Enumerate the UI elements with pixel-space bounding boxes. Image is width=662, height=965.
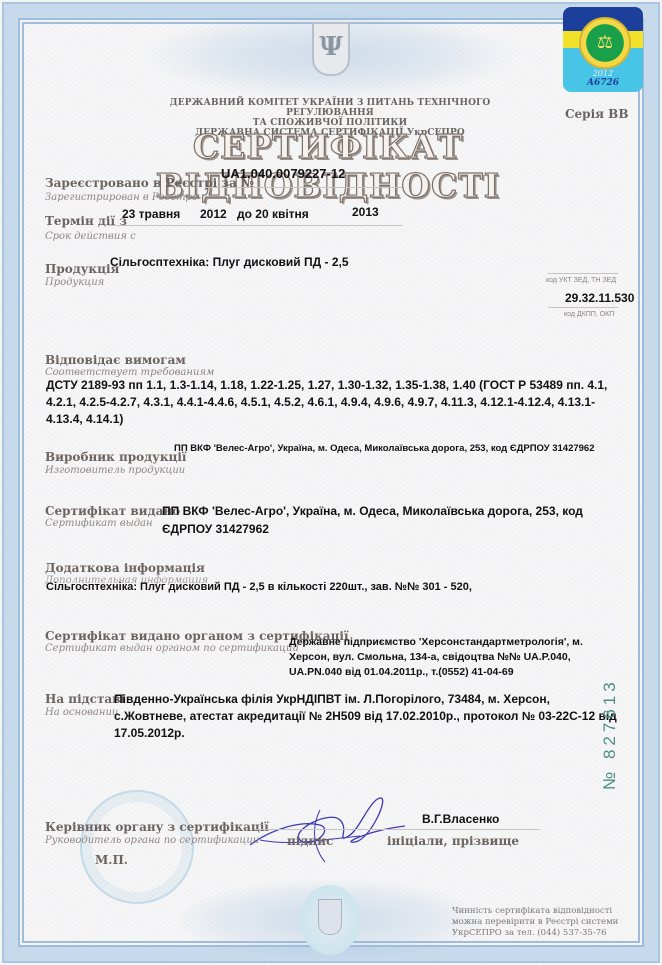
agency-line: ДЕРЖАВНИЙ КОМІТЕТ УКРАЇНИ З ПИТАНЬ ТЕХНІ… xyxy=(140,98,520,118)
issuing-body-label-ru: Сертификат выдан органом по сертификации xyxy=(45,643,299,654)
issued-to-label-ru: Сертификат выдан xyxy=(45,518,153,529)
manufacturer-label: Виробник продукції xyxy=(45,450,186,464)
requirements-text: ДСТУ 2189-93 пп 1.1, 1.3-1.14, 1.18, 1.2… xyxy=(46,377,626,428)
registry-underline xyxy=(205,187,402,188)
head-label-ru: Руководитель органа по сертификации xyxy=(45,835,259,846)
head-label: Керівник органу з сертифікації xyxy=(45,820,269,834)
validity-label-ru: Срок действия с xyxy=(45,231,136,242)
product-label-ru: Продукция xyxy=(45,277,104,288)
official-stamp xyxy=(80,790,194,904)
manufacturer-label-ru: Изготовитель продукции xyxy=(45,465,185,476)
hologram-year: 2012 xyxy=(563,69,643,78)
product-code: 29.32.11.530 xyxy=(565,290,634,306)
additional-info-text: Сільгосптехніка: Плуг дисковий ПД - 2,5 … xyxy=(46,579,472,595)
certificate-page: Ψ ⚖ 2012 A6726 ДЕРЖАВНИЙ КОМІТЕТ УКРАЇНИ… xyxy=(0,0,662,965)
signer-name: В.Г.Власенко xyxy=(422,811,499,827)
manufacturer-text: ПП ВКФ 'Велес-Агро', Україна, м. Одеса, … xyxy=(174,441,595,457)
verification-note: Чинність сертифіката відповідності можна… xyxy=(452,906,622,939)
registry-label-ru: Зарегистрирован в Реестре xyxy=(45,192,198,203)
code-label-top: код УКТ ЗЕД, ТН ЗЕД xyxy=(546,277,616,284)
scales-emblem-icon: ⚖ xyxy=(579,17,631,69)
issuing-body-text: Державне підприємство 'Херсонстандартмет… xyxy=(289,635,604,680)
validity-underline xyxy=(108,225,402,226)
registry-number: UA1.040.0079227-12 xyxy=(221,166,345,182)
coat-of-arms-small-icon xyxy=(318,899,342,935)
seal-label: М.П. xyxy=(95,853,128,867)
validity-from: 23 травня xyxy=(122,206,180,222)
issued-to-text: ПП ВКФ 'Велес-Агро', Україна, м. Одеса, … xyxy=(162,502,592,538)
issued-to-label: Сертифікат видано xyxy=(45,504,180,518)
sign-caption: підпис xyxy=(287,834,333,848)
signature-line xyxy=(255,829,540,830)
code-rule-bottom xyxy=(548,307,618,308)
basis-label-ru: На основании xyxy=(45,707,118,718)
hologram-sticker: ⚖ 2012 A6726 xyxy=(563,7,643,92)
serial-number: № 827613 xyxy=(600,660,620,790)
validity-to: до 20 квітня xyxy=(237,206,309,222)
name-caption: ініціали, прізвище xyxy=(387,834,519,848)
coat-of-arms-icon: Ψ xyxy=(312,22,350,76)
validity-to-year: 2013 xyxy=(352,204,379,220)
code-rule-top xyxy=(548,273,618,274)
validity-from-year: 2012 xyxy=(200,206,227,222)
basis-text: Південно-Українська філія УкрНДІПВТ ім. … xyxy=(114,691,624,742)
code-label-bottom: код ДКПП, ОКП xyxy=(564,311,614,318)
hologram-code: A6726 xyxy=(563,78,643,88)
bottom-emblem xyxy=(300,885,360,955)
product-name: Сільгосптехніка: Плуг дисковий ПД - 2,5 xyxy=(110,254,349,270)
additional-info-label: Додаткова інформація xyxy=(45,561,205,575)
requirements-label: Відповідає вимогам xyxy=(45,353,186,367)
series-label: Серія ВВ xyxy=(565,107,628,121)
product-label: Продукція xyxy=(45,262,119,276)
